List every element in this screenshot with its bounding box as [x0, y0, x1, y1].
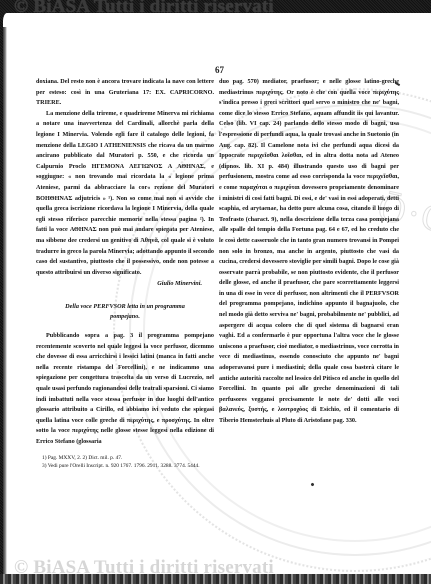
paragraph: Pubblicando sopra a pag. 3 il programma …: [36, 331, 214, 448]
footnote: 1) Pag. MXXV, 2. 2) Dict. mil. p. 47.: [36, 454, 214, 463]
footnotes: 1) Pag. MXXV, 2. 2) Dict. mil. p. 47. 3)…: [36, 454, 214, 471]
author-signature: Giulio Minervini.: [36, 279, 214, 290]
left-column: doxiana. Del resto non è ancora trovare …: [36, 77, 214, 471]
page-edge-shadow: [3, 27, 7, 575]
scan-bottom-edge: [0, 574, 431, 584]
watermark-banner-top: © BiASA Tutti i diritti riservati: [14, 0, 274, 18]
section-title-line: pompejano.: [36, 312, 214, 323]
paragraph: doxiana. Del resto non è ancora trovare …: [36, 77, 214, 109]
scanned-page: Ō·CHRIST 67 doxiana. Del resto non è anc…: [3, 13, 431, 575]
section-title-line: Della voce PERFVSOR letta in un programm…: [36, 302, 214, 313]
paragraph: duo pag. 570) mediator, praefusor; e nel…: [219, 77, 399, 427]
footnote: 3) Vedi pure l'Orelli Inscript. n. 920 1…: [36, 462, 214, 471]
paragraph: La menzione della trireme, e quadrireme …: [36, 109, 214, 279]
page-number: 67: [215, 65, 224, 75]
scan-speck: [310, 482, 314, 486]
right-column: duo pag. 570) mediator, praefusor; e nel…: [219, 77, 399, 427]
section-title: Della voce PERFVSOR letta in un programm…: [36, 302, 214, 323]
